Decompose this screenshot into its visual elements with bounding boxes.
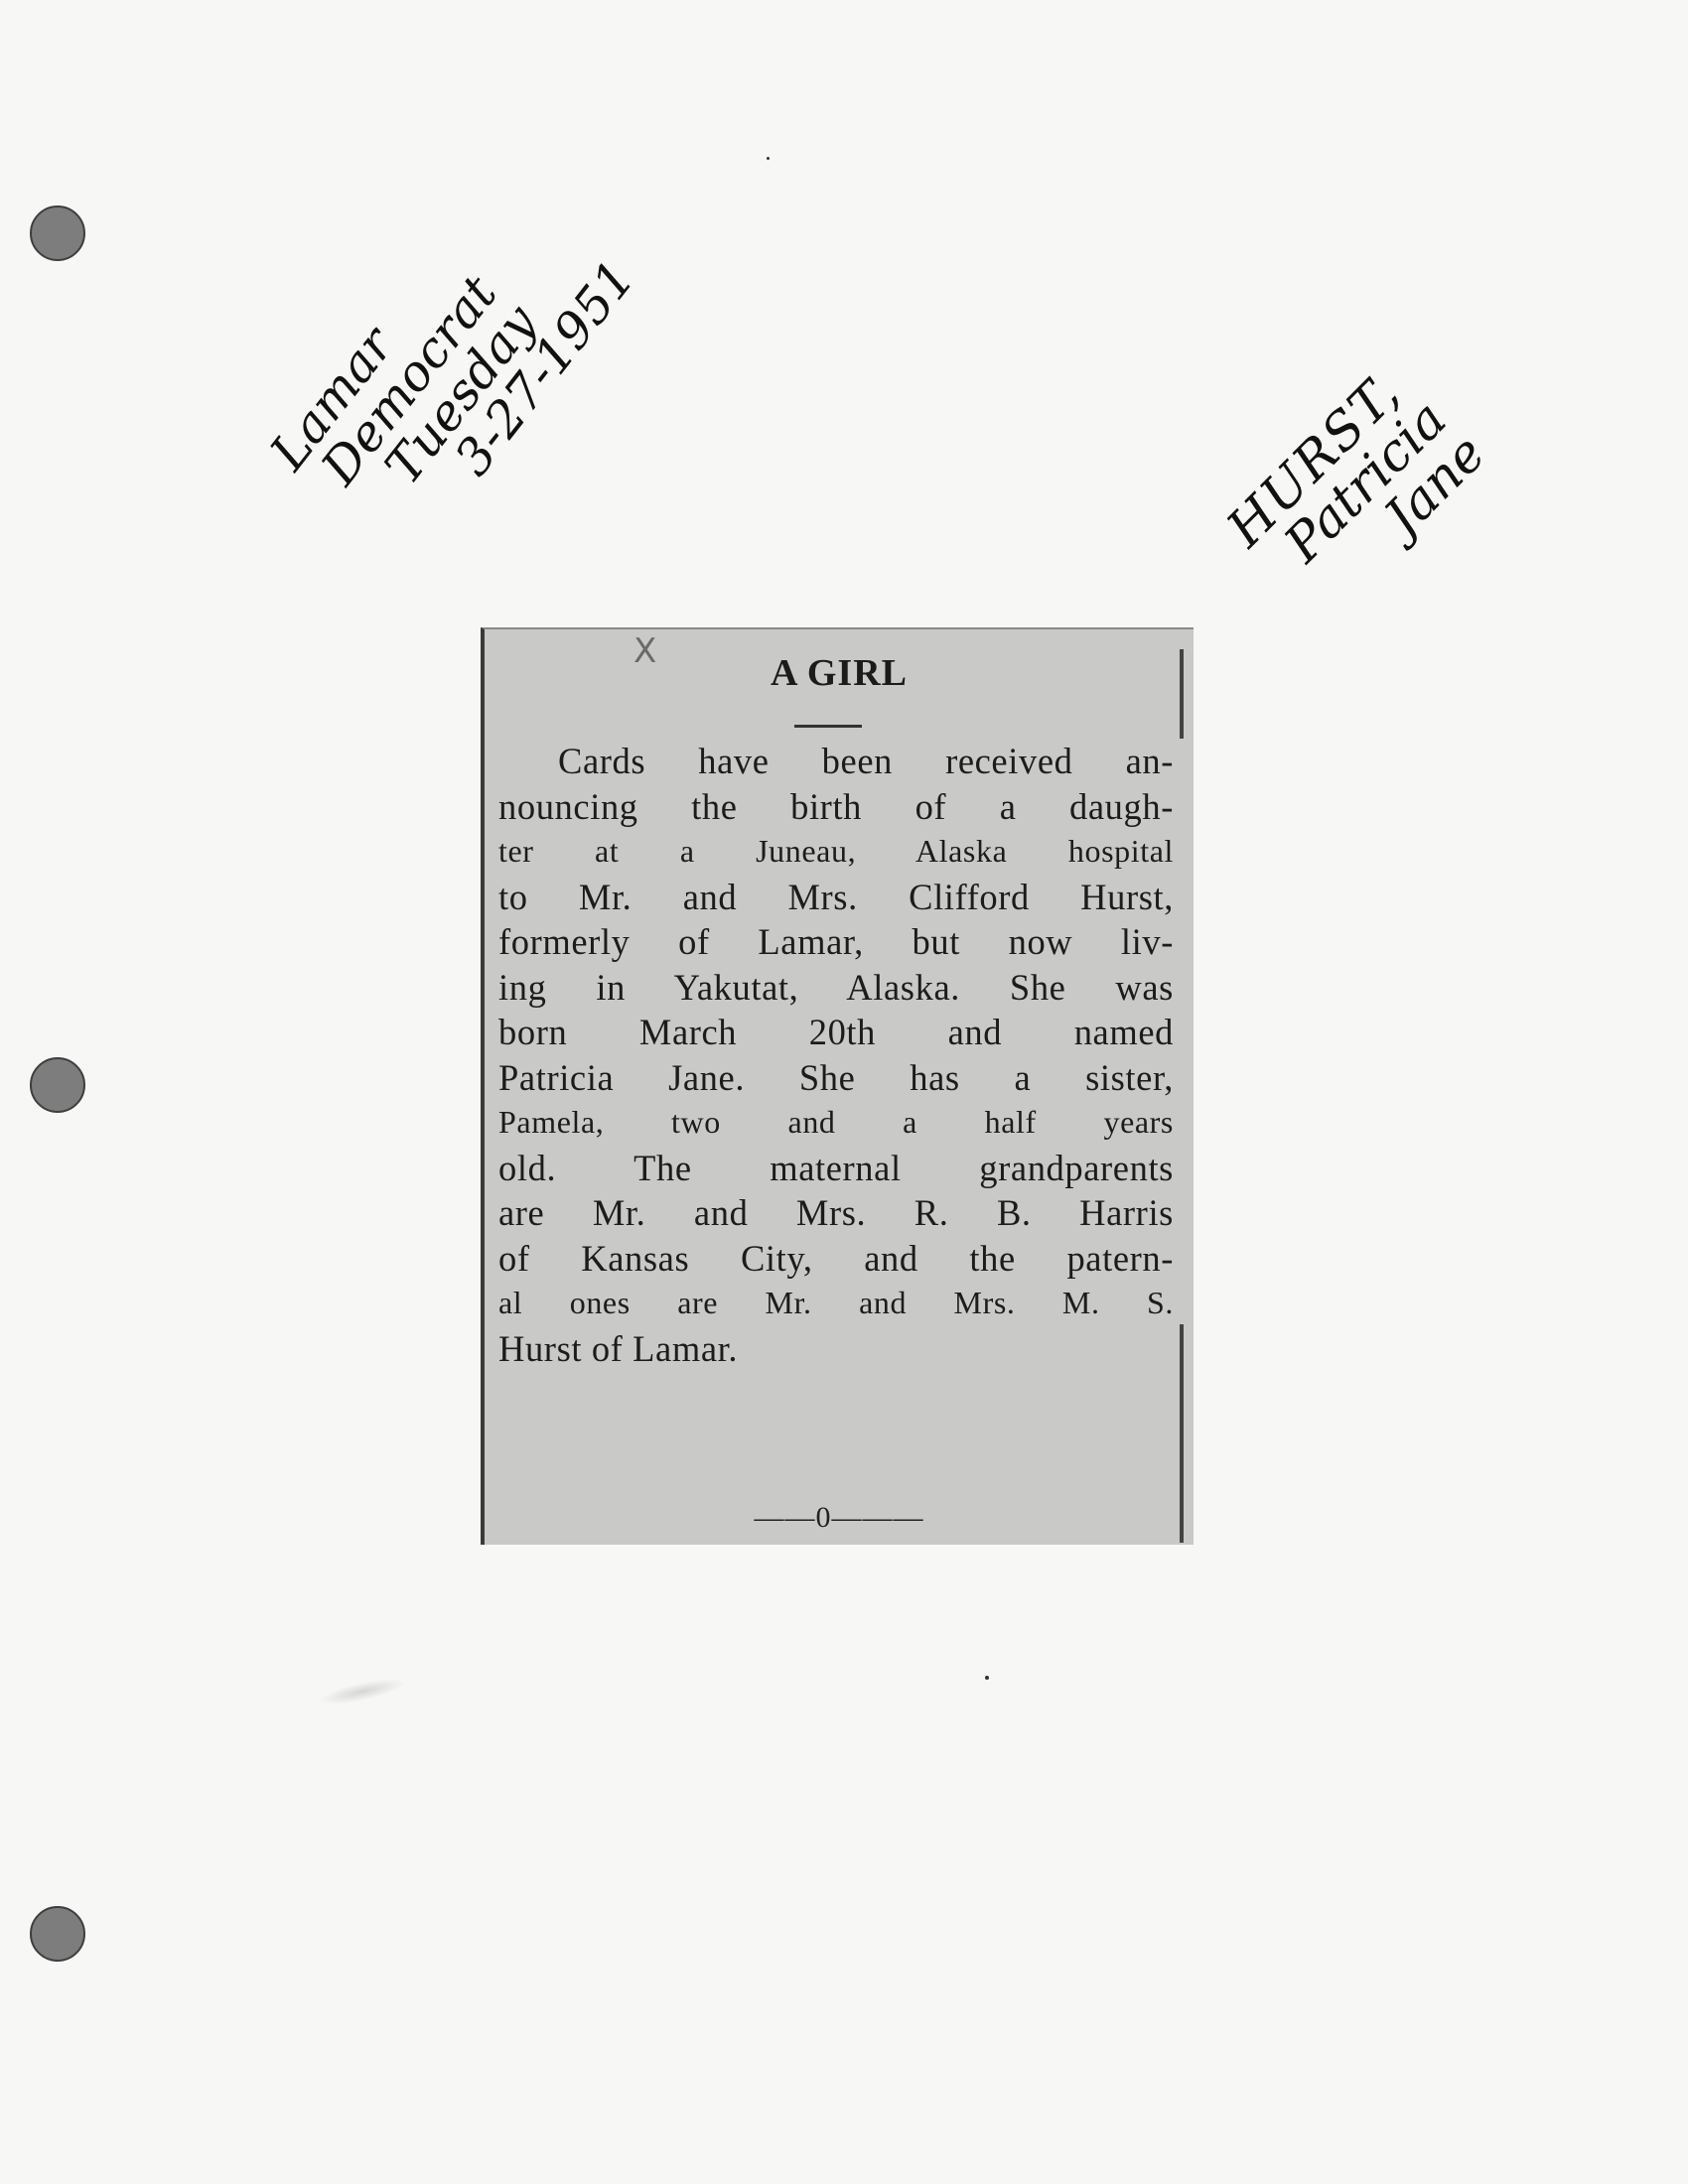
end-mark: ——0——— [485,1501,1194,1535]
punch-hole-middle [30,1057,85,1113]
handwritten-name-note: HURST, Patricia Jane [1218,353,1493,628]
article-line: Cards have been received an- [498,739,1174,784]
document-page: Lamar Democrat Tuesday 3-27-1951 HURST, … [0,0,1688,2184]
article-line: al ones are Mr. and Mrs. M. S. [498,1281,1174,1326]
punch-hole-bottom [30,1906,85,1962]
article-line: Hurst of Lamar. [498,1326,1174,1372]
article-line: are Mr. and Mrs. R. B. Harris [498,1190,1174,1236]
newspaper-clipping: X A GIRL Cards have been received an- no… [481,627,1194,1545]
punch-hole-top [30,205,85,261]
article-line: nouncing the birth of a daugh- [498,784,1174,830]
article-line: Patricia Jane. She has a sister, [498,1055,1174,1101]
article-line: born March 20th and named [498,1010,1174,1055]
article-line: old. The maternal grandparents [498,1146,1174,1191]
article-line: formerly of Lamar, but now liv- [498,919,1174,965]
article-line: ter at a Juneau, Alaska hospital [498,829,1174,875]
smudge-mark [317,1674,408,1709]
article-line: of Kansas City, and the patern- [498,1236,1174,1282]
article-line: ing in Yakutat, Alaska. She was [498,965,1174,1011]
headline-rule [794,725,862,728]
article-body: Cards have been received an- nouncing th… [498,739,1174,1371]
speck [767,157,770,160]
handwritten-source-note: Lamar Democrat Tuesday 3-27-1951 [262,161,642,570]
speck [985,1676,989,1680]
article-line: to Mr. and Mrs. Clifford Hurst, [498,875,1174,920]
headline: A GIRL [485,651,1194,695]
article-line: Pamela, two and a half years [498,1100,1174,1146]
